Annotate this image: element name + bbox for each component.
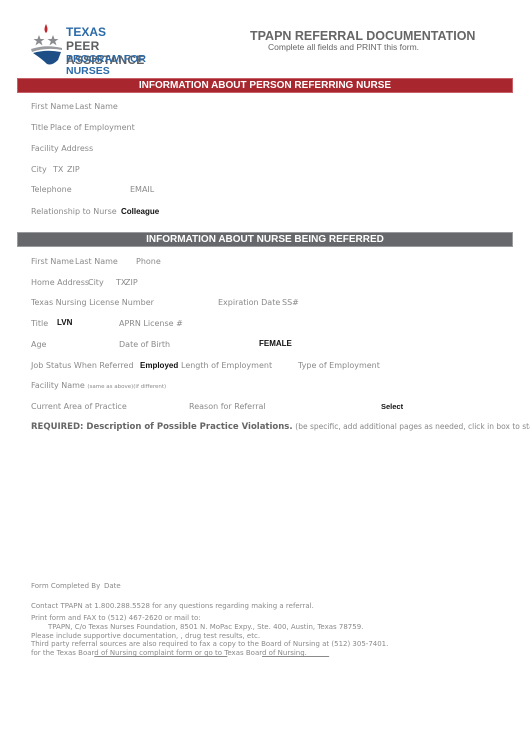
footer-board-prefix: for the Texas Boar [31, 649, 94, 657]
form-date-field[interactable]: Date [104, 582, 121, 590]
facility-name-hint: (same as above)(if different) [87, 384, 166, 390]
nurse-home-address-field[interactable]: Home Address [31, 278, 89, 287]
relationship-label: Relationship to Nurse [31, 207, 117, 216]
job-status-label: Job Status When Referred [31, 361, 134, 370]
nurse-title-label: Title [31, 319, 48, 328]
nurse-phone-field[interactable]: Phone [136, 257, 161, 266]
referrer-telephone-field[interactable]: Telephone [31, 185, 72, 194]
footer-third-party-note: Third party referral sources are also re… [31, 640, 388, 648]
relationship-select[interactable]: Colleague [121, 207, 159, 216]
referrer-last-name-field[interactable]: Last Name [75, 102, 118, 111]
nurse-ssn-field[interactable]: SS# [282, 298, 299, 307]
logo-line-texas: TEXAS [66, 25, 106, 39]
required-description-heading: REQUIRED: Description of Possible Practi… [31, 422, 530, 432]
document-title: TPAPN REFERRAL DOCUMENTATION [250, 29, 475, 43]
footer-board-mid: exas Boar [227, 649, 262, 657]
footer-documentation-note: Please include supportive documentation,… [31, 632, 260, 640]
nurse-license-number-field[interactable]: Texas Nursing License Number [31, 298, 154, 307]
footer-board-links: for the Texas Board of Nursing complaint… [31, 649, 329, 657]
reason-for-referral-select[interactable]: Select [381, 402, 403, 411]
logo-line-program: PROGRAM FOR NURSES [66, 53, 178, 77]
referrer-facility-address-field[interactable]: Facility Address [31, 144, 93, 153]
board-of-nursing-link[interactable]: d of Nursing. [262, 649, 329, 657]
footer-contact-line: Contact TPAPN at 1.800.288.5528 for any … [31, 602, 314, 610]
footer-mail-address: TPAPN, C/o Texas Nurses Foundation, 8501… [48, 623, 363, 631]
violation-description-textarea[interactable] [31, 436, 509, 566]
facility-name-field[interactable]: Facility Name (same as above)(if differe… [31, 381, 166, 390]
job-status-select[interactable]: Employed [140, 361, 178, 370]
nurse-last-name-field[interactable]: Last Name [75, 257, 118, 266]
tpapn-stars-texas-icon [28, 22, 64, 66]
nurse-gender-select[interactable]: FEMALE [259, 339, 292, 348]
nurse-expiration-date-field[interactable]: Expiration Date [218, 298, 280, 307]
required-label: REQUIRED: Description of Possible Practi… [31, 422, 293, 432]
referrer-zip-field[interactable]: ZIP [67, 165, 80, 174]
footer-fax-line: Print form and FAX to (512) 467-2620 or … [31, 614, 201, 622]
referrer-place-of-employment-field[interactable]: Place of Employment [50, 123, 135, 132]
nurse-zip-field[interactable]: ZIP [125, 278, 138, 287]
tpapn-logo: TEXAS PEER ASSISTANCE PROGRAM FOR NURSES [28, 22, 178, 66]
nurse-city-field[interactable]: City [88, 278, 104, 287]
nurse-age-field[interactable]: Age [31, 340, 46, 349]
nurse-aprn-license-field[interactable]: APRN License # [119, 319, 183, 328]
referrer-state-field[interactable]: TX [53, 165, 63, 174]
document-subtitle: Complete all fields and PRINT this form. [268, 42, 419, 52]
nurse-dob-field[interactable]: Date of Birth [119, 340, 170, 349]
section-heading-referrer: INFORMATION ABOUT PERSON REFERRING NURSE [17, 78, 513, 93]
reason-for-referral-label: Reason for Referral [189, 402, 266, 411]
referrer-title-field[interactable]: Title [31, 123, 48, 132]
nurse-title-select[interactable]: LVN [57, 318, 72, 327]
facility-name-label: Facility Name [31, 381, 85, 390]
required-hint: (be specific, add additional pages as ne… [295, 422, 530, 431]
referrer-first-name-field[interactable]: First Name [31, 102, 74, 111]
referrer-email-field[interactable]: EMAIL [130, 185, 154, 194]
type-of-employment-field[interactable]: Type of Employment [298, 361, 380, 370]
current-area-of-practice-field[interactable]: Current Area of Practice [31, 402, 127, 411]
referrer-city-field[interactable]: City [31, 165, 47, 174]
complaint-form-link[interactable]: d of Nursing complaint form or go to T [94, 649, 227, 657]
nurse-first-name-field[interactable]: First Name [31, 257, 74, 266]
length-of-employment-field[interactable]: Length of Employment [181, 361, 272, 370]
form-completed-by-field[interactable]: Form Completed By [31, 582, 100, 590]
section-heading-nurse: INFORMATION ABOUT NURSE BEING REFERRED [17, 232, 513, 247]
